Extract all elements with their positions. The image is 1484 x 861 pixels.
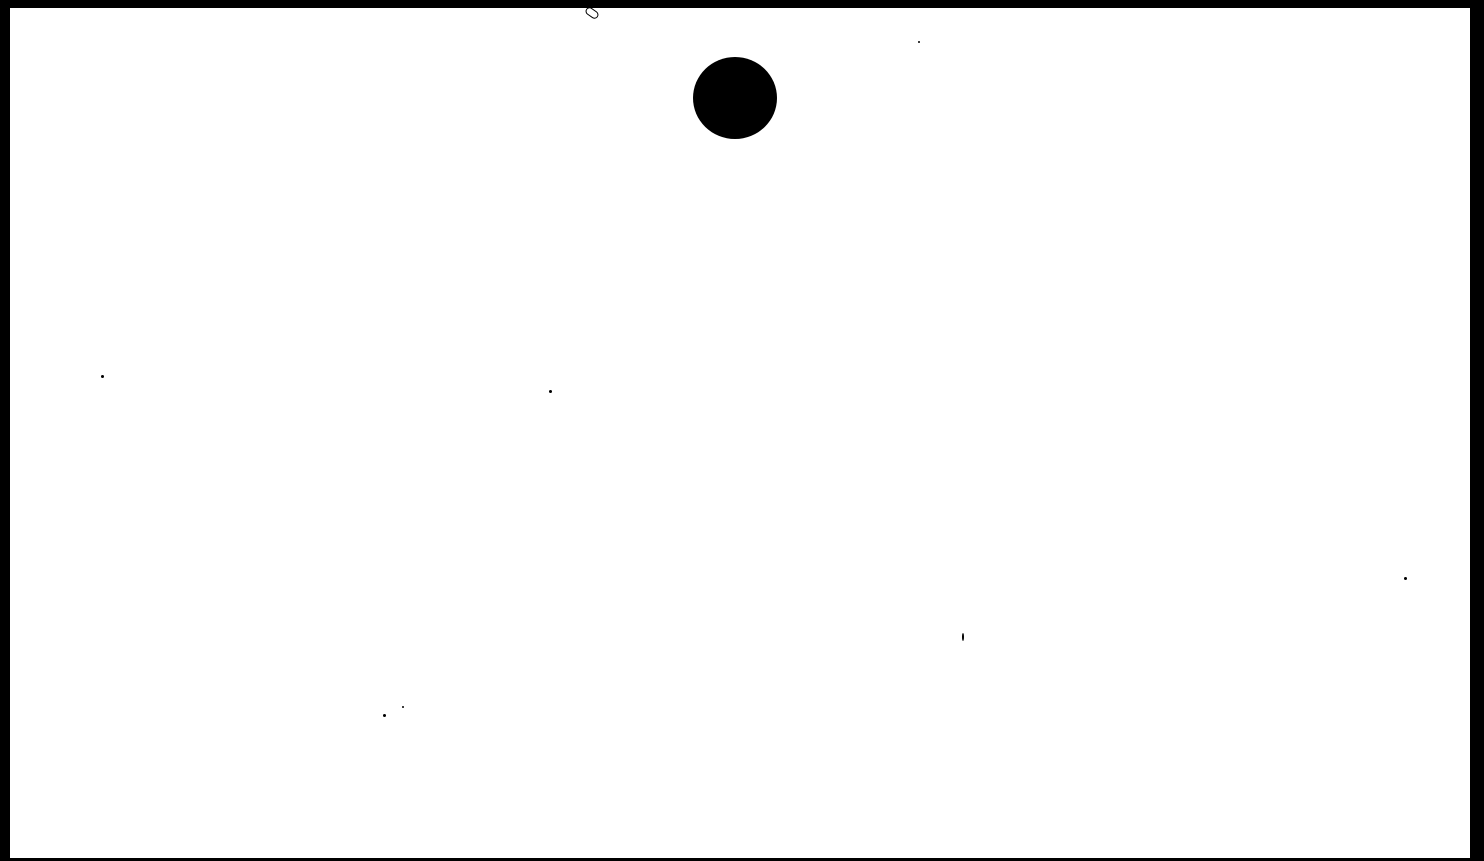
- dust-speck: [918, 41, 920, 43]
- dust-speck: [549, 390, 552, 393]
- dust-speck: [402, 706, 404, 708]
- dust-speck: [1404, 577, 1407, 580]
- dust-speck: [383, 714, 386, 717]
- punch-hole: [693, 57, 777, 139]
- dust-speck: [962, 633, 964, 641]
- dust-speck: [101, 375, 104, 378]
